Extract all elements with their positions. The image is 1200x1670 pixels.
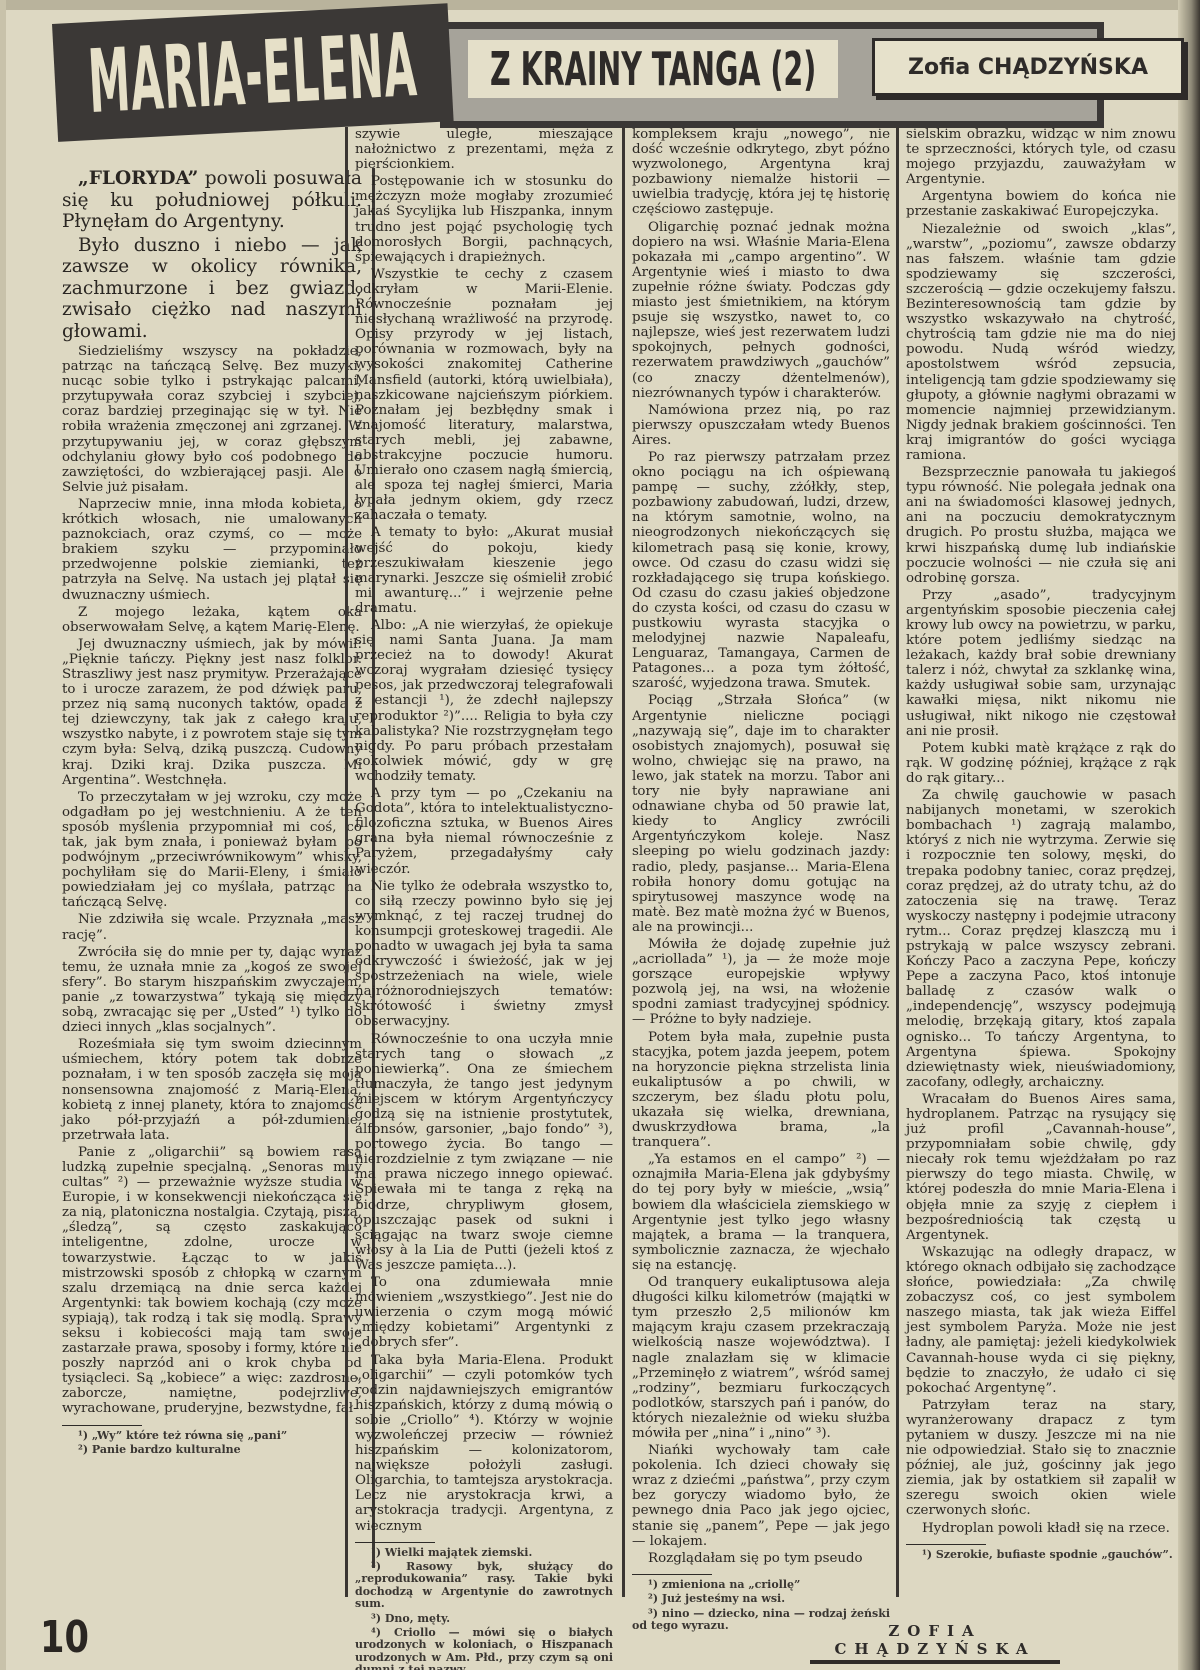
paragraph: Bezsprzecznie panowała tu jakiegoś typu … — [906, 465, 1176, 586]
paragraph: Rozglądałam się po tym pseudo — [632, 1551, 890, 1566]
paragraph: „Ya estamos en el campo” ²) — oznajmiła … — [632, 1152, 890, 1273]
paragraph: Wszystkie te cechy z czasem odkryłam w M… — [355, 267, 613, 524]
author-box: Zofia CHĄDZYŃSKA — [872, 38, 1184, 96]
paragraph: sielskim obrazku, widząc w nim znowu te … — [906, 127, 1176, 187]
page-edge-left — [0, 0, 6, 1670]
footnote: ¹) Wielki majątek ziemski. — [355, 1547, 613, 1559]
paragraph: Taka była Maria-Elena. Produkt „oligarch… — [355, 1353, 613, 1534]
paragraph: Patrzyłam teraz na stary, wyranżerowany … — [906, 1398, 1176, 1519]
paragraph: Potem była mała, zupełnie pusta stacyjka… — [632, 1030, 890, 1151]
footnote: ²) Już jesteśmy na wsi. — [632, 1593, 890, 1605]
article-author: Zofia CHĄDZYŃSKA — [908, 55, 1148, 80]
page-edge-right — [1178, 0, 1200, 1670]
paragraph: Niańki wychowały tam całe pokolenia. Ich… — [632, 1443, 890, 1549]
paragraph: Panie z „oligarchii” są bowiem rasą ludz… — [62, 1145, 362, 1417]
footnote-divider — [632, 1574, 712, 1575]
paragraph: Zwróciła się do mnie per ty, dając wyraz… — [62, 945, 362, 1036]
paragraph: Po raz pierwszy patrzałam przez okno poc… — [632, 450, 890, 692]
footnote: ¹) „Wy” które też równa się „pani” — [62, 1430, 362, 1442]
footnote: ¹) zmieniona na „criollę” — [632, 1579, 890, 1591]
paragraph: Argentyna bowiem do końca nie przestanie… — [906, 189, 1176, 219]
paragraph: Jej dwuznaczny uśmiech, jak by mówił: „P… — [62, 637, 362, 788]
paragraph: Nie tylko że odebrała wszystko to, co si… — [355, 879, 613, 1030]
subtitle-box: Z KRAINY TANGA (2) — [468, 40, 838, 98]
paragraph: kompleksem kraju „nowego”, nie dość wcze… — [632, 127, 890, 218]
paragraph: Od tranquery eukaliptusowa aleja długośc… — [632, 1275, 890, 1441]
paragraph: Wskazując na odległy drapacz, w którego … — [906, 1245, 1176, 1396]
column-2: szywie uległe, mieszające nałożnictwo z … — [345, 127, 613, 1597]
paragraph: Niezależnie od swoich „klas”, „warstw”, … — [906, 222, 1176, 464]
paragraph: Oligarchię poznać jednak można dopiero n… — [632, 220, 890, 401]
paragraph: A przy tym — po „Czekaniu na Godota”, kt… — [355, 786, 613, 877]
paragraph: Nie zdziwiła się wcale. Przyznała „masz … — [62, 912, 362, 942]
paragraph: Wracałam do Buenos Aires sama, hydroplan… — [906, 1092, 1176, 1243]
footnote: ⁴) Criollo — mówi się o białych urodzony… — [355, 1627, 613, 1670]
paragraph: To przeczytałam w jej wzroku, czy może o… — [62, 790, 362, 911]
lead-paragraph: „FLORYDA” powoli posuwała się ku południ… — [62, 168, 362, 233]
footnote: ²) Panie bardzo kulturalne — [62, 1444, 362, 1456]
footnote-divider — [355, 1542, 435, 1543]
footnote: ³) Dno, męty. — [355, 1613, 613, 1625]
footnote: ²) Rasowy byk, służący do „reprodukowani… — [355, 1561, 613, 1611]
paragraph: Równocześnie to ona uczyła mnie starych … — [355, 1032, 613, 1274]
paragraph: Siedzieliśmy wszyscy na pokładzie, patrz… — [62, 344, 362, 495]
paragraph: Namówiona przez nią, po raz pierwszy opu… — [632, 403, 890, 448]
paragraph: Przy „asado”, tradycyjnym argentyńskim s… — [906, 588, 1176, 739]
paragraph: szywie uległe, mieszające nałożnictwo z … — [355, 127, 613, 172]
paragraph: Z mojego leżaka, kątem oka obserwowałam … — [62, 605, 362, 635]
paragraph: Za chwilę gauchowie w pasach nabijanych … — [906, 788, 1176, 1090]
footnote-divider — [906, 1544, 986, 1545]
page-number: 10 — [40, 1612, 89, 1663]
paragraph: A tematy to było: „Akurat musiał wejść d… — [355, 525, 613, 616]
paragraph: Hydroplan powoli kładł się na rzece. — [906, 1521, 1176, 1536]
column-4: sielskim obrazku, widząc w nim znowu te … — [896, 127, 1176, 1597]
article-title: MARIA-ELENA — [86, 13, 419, 132]
footnote: ¹) Szerokie, bufiaste spodnie „gauchów”. — [906, 1549, 1176, 1561]
paragraph: Potem kubki matè krążące z rąk do rąk. W… — [906, 741, 1176, 786]
author-signature: ZOFIA CHĄDZYŃSKA — [810, 1622, 1060, 1664]
paragraph: To ona zdumiewała mnie mówieniem „wszyst… — [355, 1275, 613, 1350]
paragraph: Roześmiała się tym swoim dziecinnym uśmi… — [62, 1037, 362, 1143]
lead-paragraph-2: Było duszno i niebo — jak zawsze w okoli… — [62, 235, 362, 343]
paragraph: Mówiła że dojadę zupełnie już „acriollad… — [632, 937, 890, 1028]
article-subtitle: Z KRAINY TANGA (2) — [490, 42, 816, 96]
paragraph: Naprzeciw mnie, inna młoda kobieta, o kr… — [62, 497, 362, 603]
title-block: MARIA-ELENA — [52, 3, 454, 142]
column-1: „FLORYDA” powoli posuwała się ku południ… — [62, 168, 375, 1568]
paragraph: Pociąg „Strzała Słońca” (w Argentynie ni… — [632, 693, 890, 935]
footnote-divider — [62, 1425, 142, 1426]
lead-ship-name: „FLORYDA” — [78, 168, 198, 189]
paragraph: Albo: „A nie wierzyłaś, że opiekuje się … — [355, 618, 613, 784]
column-3: kompleksem kraju „nowego”, nie dość wcze… — [622, 127, 890, 1597]
paragraph: Postępowanie ich w stosunku do mężczyzn … — [355, 174, 613, 265]
